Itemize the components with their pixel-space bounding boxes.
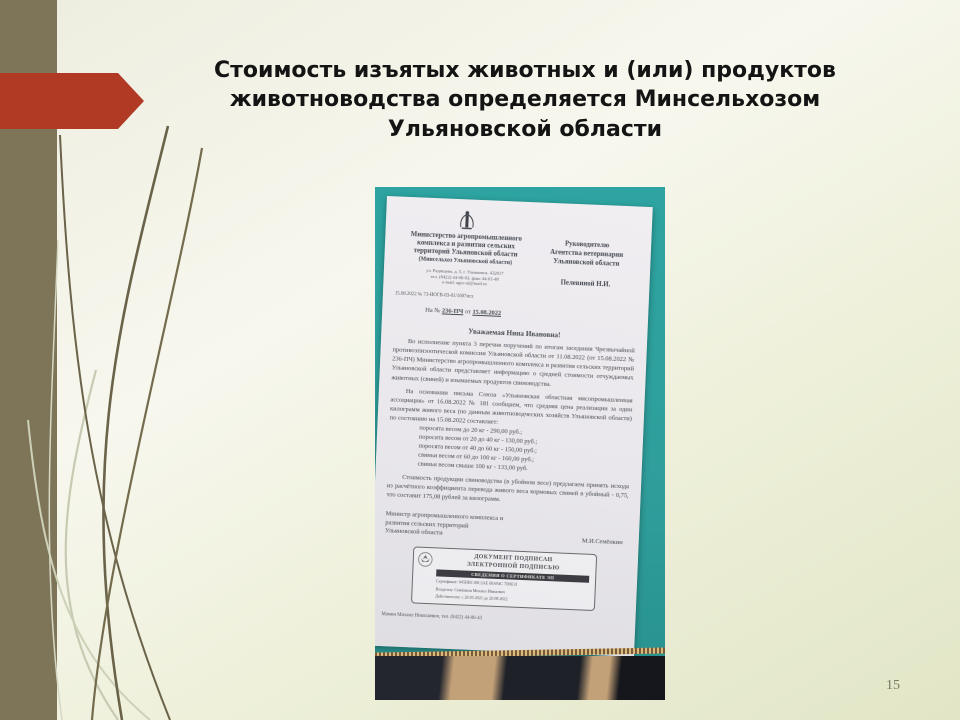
sender-address: ул. Радищева, д. 5, г. Ульяновск, 432017… bbox=[395, 266, 534, 289]
price-list: поросята весом до 20 кг - 290,00 руб.; п… bbox=[418, 425, 632, 479]
body-paragraph: Во исполнение пункта 3 перечня поручений… bbox=[391, 337, 635, 393]
eagle-emblem-icon bbox=[418, 552, 434, 568]
letterhead: Министерство агропромышленного комплекса… bbox=[394, 206, 640, 322]
recipient-person: Пелевиной Н.И. bbox=[533, 278, 637, 289]
minister-title: Министр агропромышленного комплекса и ра… bbox=[385, 510, 504, 541]
closing-paragraph: Стоимость продукции свиноводства (в убой… bbox=[386, 472, 629, 509]
letter-paper: Министерство агропромышленного комплекса… bbox=[375, 196, 653, 657]
accent-arrow bbox=[0, 73, 144, 129]
sender-block: Министерство агропромышленного комплекса… bbox=[394, 206, 536, 318]
outgoing-reference: 15.08.2022 № 73-ИОГВ-03-01/1607исх bbox=[395, 292, 533, 303]
reply-reference: На № 236-ПЧ от 15.08.2022 bbox=[394, 306, 532, 319]
slide-background: Стоимость изъятых животных и (или) проду… bbox=[0, 0, 960, 720]
document-photo: Министерство агропромышленного комплекса… bbox=[375, 187, 665, 700]
page-number: 15 bbox=[878, 678, 908, 694]
signature-name: М.И.Семёнкин bbox=[582, 538, 627, 547]
reply-date: 15.08.2022 bbox=[472, 309, 501, 317]
coat-of-arms-icon bbox=[457, 209, 478, 232]
reply-number: 236-ПЧ bbox=[442, 308, 464, 316]
stamp-text: ДОКУМЕНТ ПОДПИСАН ЭЛЕКТРОННОЙ ПОДПИСЬЮ С… bbox=[435, 553, 590, 606]
signature-row: Министр агропромышленного комплекса и ра… bbox=[385, 510, 628, 546]
reply-mid: от bbox=[465, 309, 471, 316]
slide-title: Стоимость изъятых животных и (или) проду… bbox=[205, 56, 845, 144]
reply-prefix: На № bbox=[425, 307, 440, 315]
recipient-block: Руководителю Агентства ветеринарии Ульян… bbox=[532, 212, 640, 322]
digital-signature-stamp: ДОКУМЕНТ ПОДПИСАН ЭЛЕКТРОННОЙ ПОДПИСЬЮ С… bbox=[411, 547, 597, 612]
executor-contact: Мамин Михаил Николаевич, тел. (8422) 44-… bbox=[381, 612, 623, 627]
photo-floor-and-legs bbox=[375, 656, 665, 700]
letter-content: Министерство агропромышленного комплекса… bbox=[375, 196, 653, 628]
